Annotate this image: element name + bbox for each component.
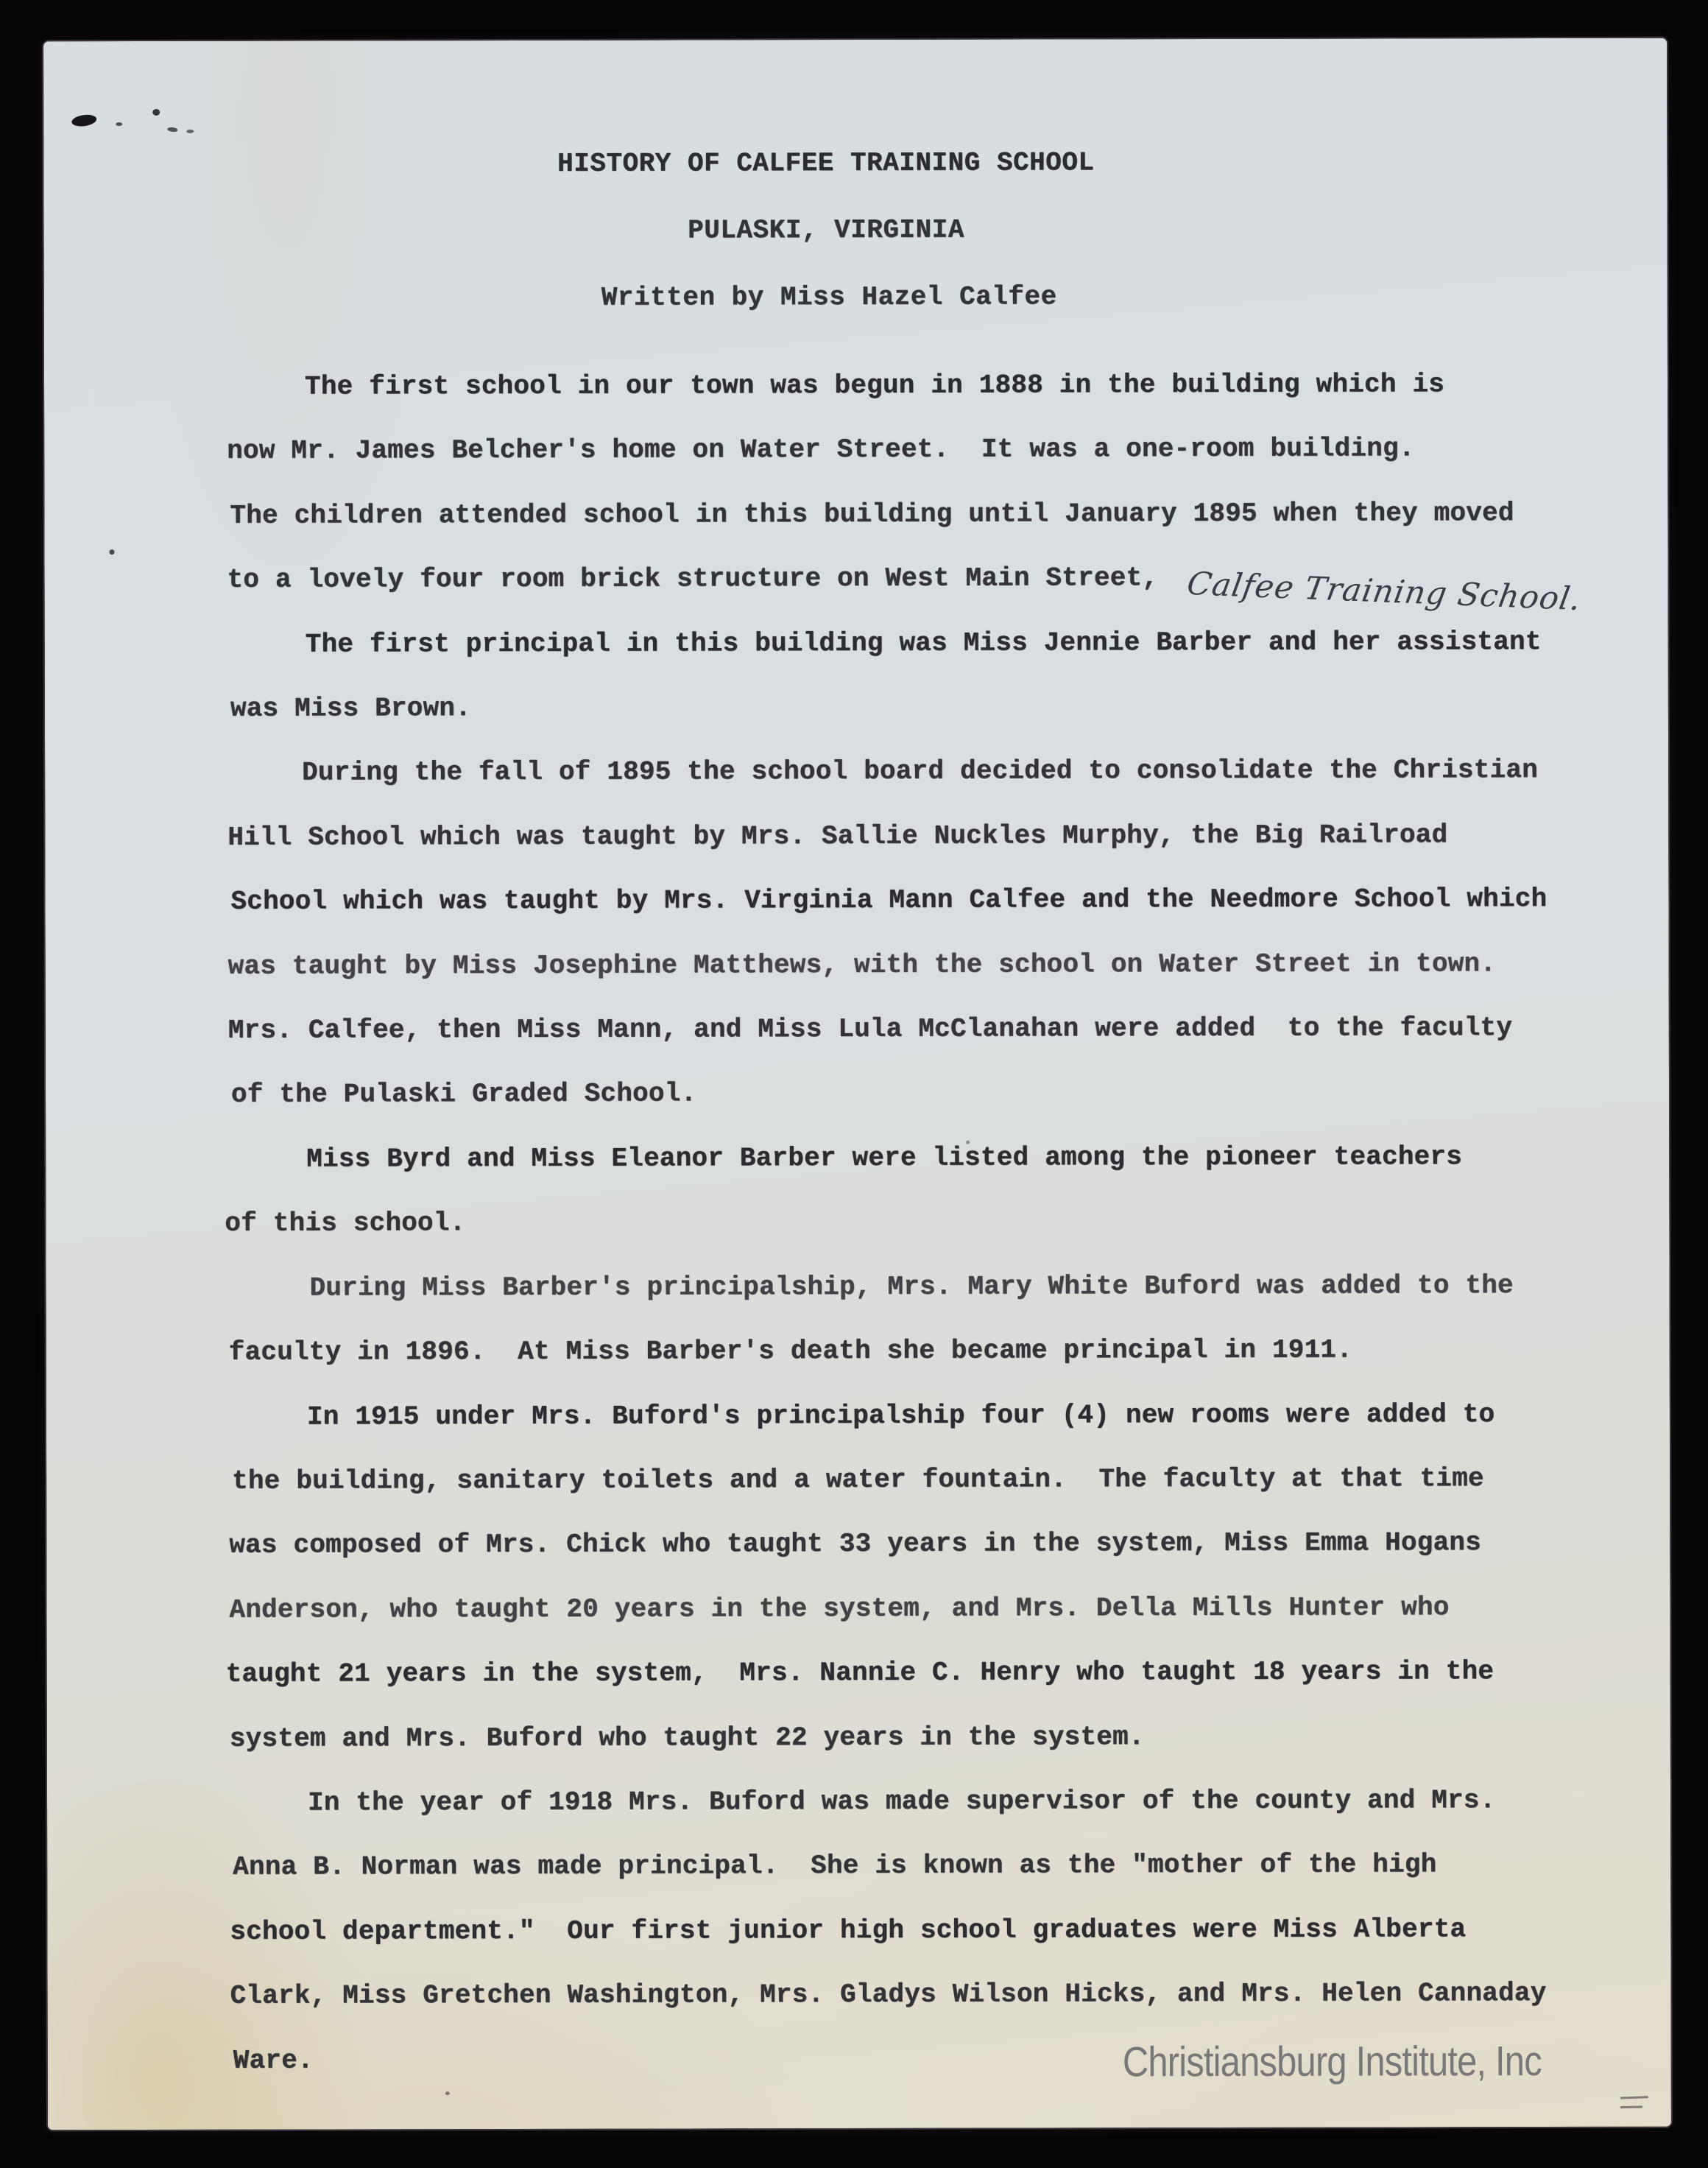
typed-line: In 1915 under Mrs. Buford's principalshi… [229, 1382, 1626, 1449]
typed-line: school department." Our first junior hig… [230, 1897, 1626, 1964]
typed-line: was Miss Brown. [230, 674, 1627, 741]
title-line: Written by Miss Hazel Calfee [18, 262, 1641, 333]
typed-line: faculty in 1896. At Miss Barber's death … [229, 1317, 1626, 1384]
watermark-text: Christiansburg Institute, Inc [1123, 2037, 1542, 2086]
body-text: The first school in our town was begun i… [227, 352, 1627, 2093]
pencil-mark [1620, 2106, 1642, 2109]
typed-line: School which was taught by Mrs. Virginia… [230, 867, 1627, 934]
typed-line: taught 21 years in the system, Mrs. Nann… [226, 1639, 1623, 1706]
typed-line: The first school in our town was begun i… [227, 352, 1623, 419]
document-title-block: HISTORY OF CALFEE TRAINING SCHOOLPULASKI… [14, 128, 1638, 333]
typed-line: of this school. [225, 1189, 1621, 1256]
pencil-mark [1620, 2096, 1648, 2099]
scanned-document-photo: HISTORY OF CALFEE TRAINING SCHOOLPULASKI… [0, 0, 1708, 2168]
title-line: PULASKI, VIRGINIA [14, 195, 1637, 266]
ink-speck [109, 549, 114, 555]
typed-line: Clark, Miss Gretchen Washington, Mrs. Gl… [230, 1961, 1627, 2028]
typed-line: of the Pulaski Graded School. [231, 1060, 1628, 1127]
typed-line: The children attended school in this bui… [230, 481, 1626, 548]
typed-line: was composed of Mrs. Chick who taught 33… [229, 1510, 1626, 1577]
typed-line: Anna B. Norman was made principal. She i… [233, 1832, 1629, 1899]
typed-line: In the year of 1918 Mrs. Buford was made… [230, 1768, 1626, 1835]
ink-speck [116, 122, 122, 126]
typed-line: Hill School which was taught by Mrs. Sal… [227, 803, 1624, 870]
typed-line: was taught by Miss Josephine Matthews, w… [228, 931, 1625, 998]
typed-line: The first principal in this building was… [227, 609, 1624, 676]
typed-line: Miss Byrd and Miss Eleanor Barber were l… [228, 1125, 1625, 1192]
typed-line: During the fall of 1895 the school board… [224, 738, 1620, 805]
document-page: HISTORY OF CALFEE TRAINING SCHOOLPULASKI… [43, 38, 1671, 2130]
title-line: HISTORY OF CALFEE TRAINING SCHOOL [14, 128, 1637, 199]
ink-smudge [71, 113, 97, 128]
typed-line: Anderson, who taught 20 years in the sys… [229, 1575, 1626, 1642]
typed-line: Mrs. Calfee, then Miss Mann, and Miss Lu… [228, 996, 1625, 1063]
ink-speck [152, 109, 160, 116]
typed-line: During Miss Barber's principalship, Mrs.… [231, 1253, 1628, 1320]
typed-line: the building, sanitary toilets and a wat… [232, 1446, 1628, 1513]
typed-line: now Mr. James Belcher's home on Water St… [227, 416, 1623, 483]
typed-line: system and Mrs. Buford who taught 22 yea… [230, 1703, 1626, 1770]
